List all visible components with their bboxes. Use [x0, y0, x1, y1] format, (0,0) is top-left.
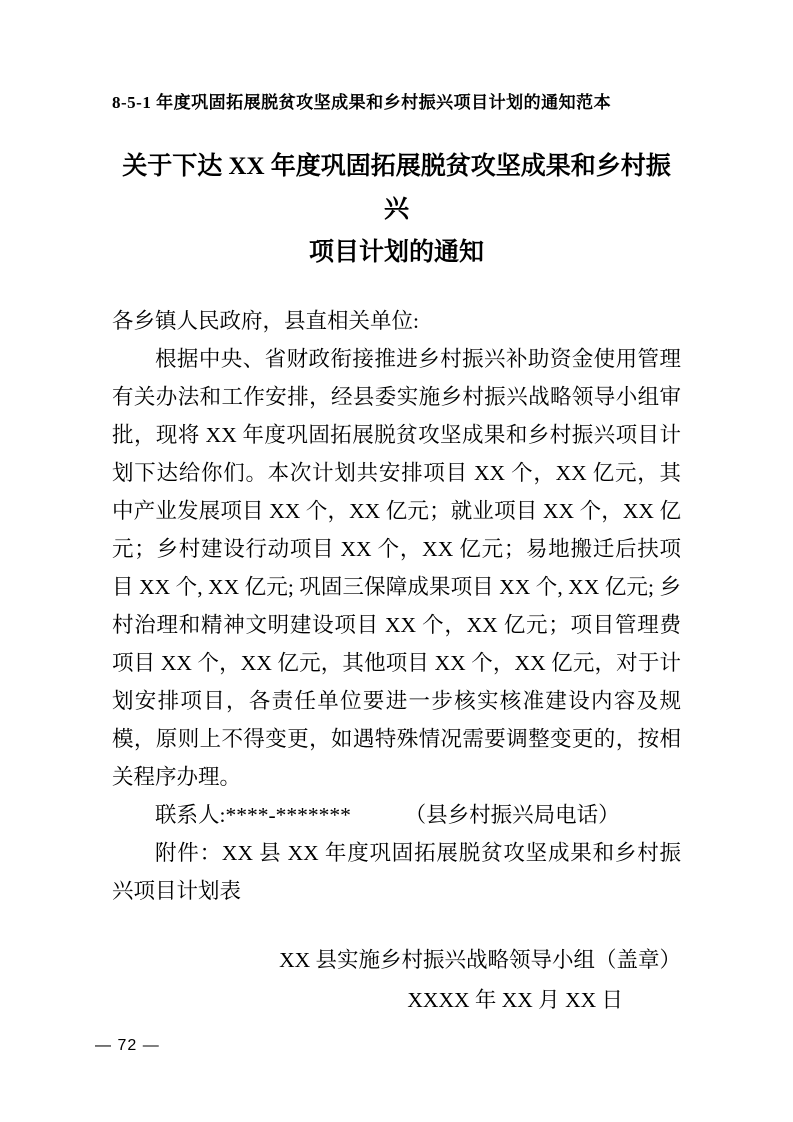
document-title-line1: 关于下达 XX 年度巩固拓展脱贫攻坚成果和乡村振兴 — [112, 145, 681, 231]
document-title: 关于下达 XX 年度巩固拓展脱贫攻坚成果和乡村振兴 项目计划的通知 — [112, 145, 681, 274]
signature-date: XXXX 年 XX 月 XX 日 — [112, 980, 681, 1020]
salutation-line: 各乡镇人民政府，县直相关单位: — [112, 302, 681, 340]
signature-organization: XX 县实施乡村振兴战略领导小组（盖章） — [112, 940, 681, 980]
document-header-note: 8-5-1 年度巩固拓展脱贫攻坚成果和乡村振兴项目计划的通知范本 — [112, 88, 681, 113]
document-title-line2: 项目计划的通知 — [112, 231, 681, 274]
main-paragraph: 根据中央、省财政衔接推进乡村振兴补助资金使用管理有关办法和工作安排，经县委实施乡… — [112, 340, 681, 796]
attachment-line: 附件：XX 县 XX 年度巩固拓展脱贫攻坚成果和乡村振兴项目计划表 — [112, 834, 681, 910]
document-page: 8-5-1 年度巩固拓展脱贫攻坚成果和乡村振兴项目计划的通知范本 关于下达 XX… — [0, 0, 793, 1122]
document-body: 各乡镇人民政府，县直相关单位: 根据中央、省财政衔接推进乡村振兴补助资金使用管理… — [112, 302, 681, 910]
contact-line: 联系人:****-******* （县乡村振兴局电话） — [112, 796, 681, 834]
signature-block: XX 县实施乡村振兴战略领导小组（盖章） XXXX 年 XX 月 XX 日 — [112, 940, 681, 1020]
page-number: — 72 — — [95, 1037, 160, 1055]
document-content: 8-5-1 年度巩固拓展脱贫攻坚成果和乡村振兴项目计划的通知范本 关于下达 XX… — [112, 88, 681, 1020]
